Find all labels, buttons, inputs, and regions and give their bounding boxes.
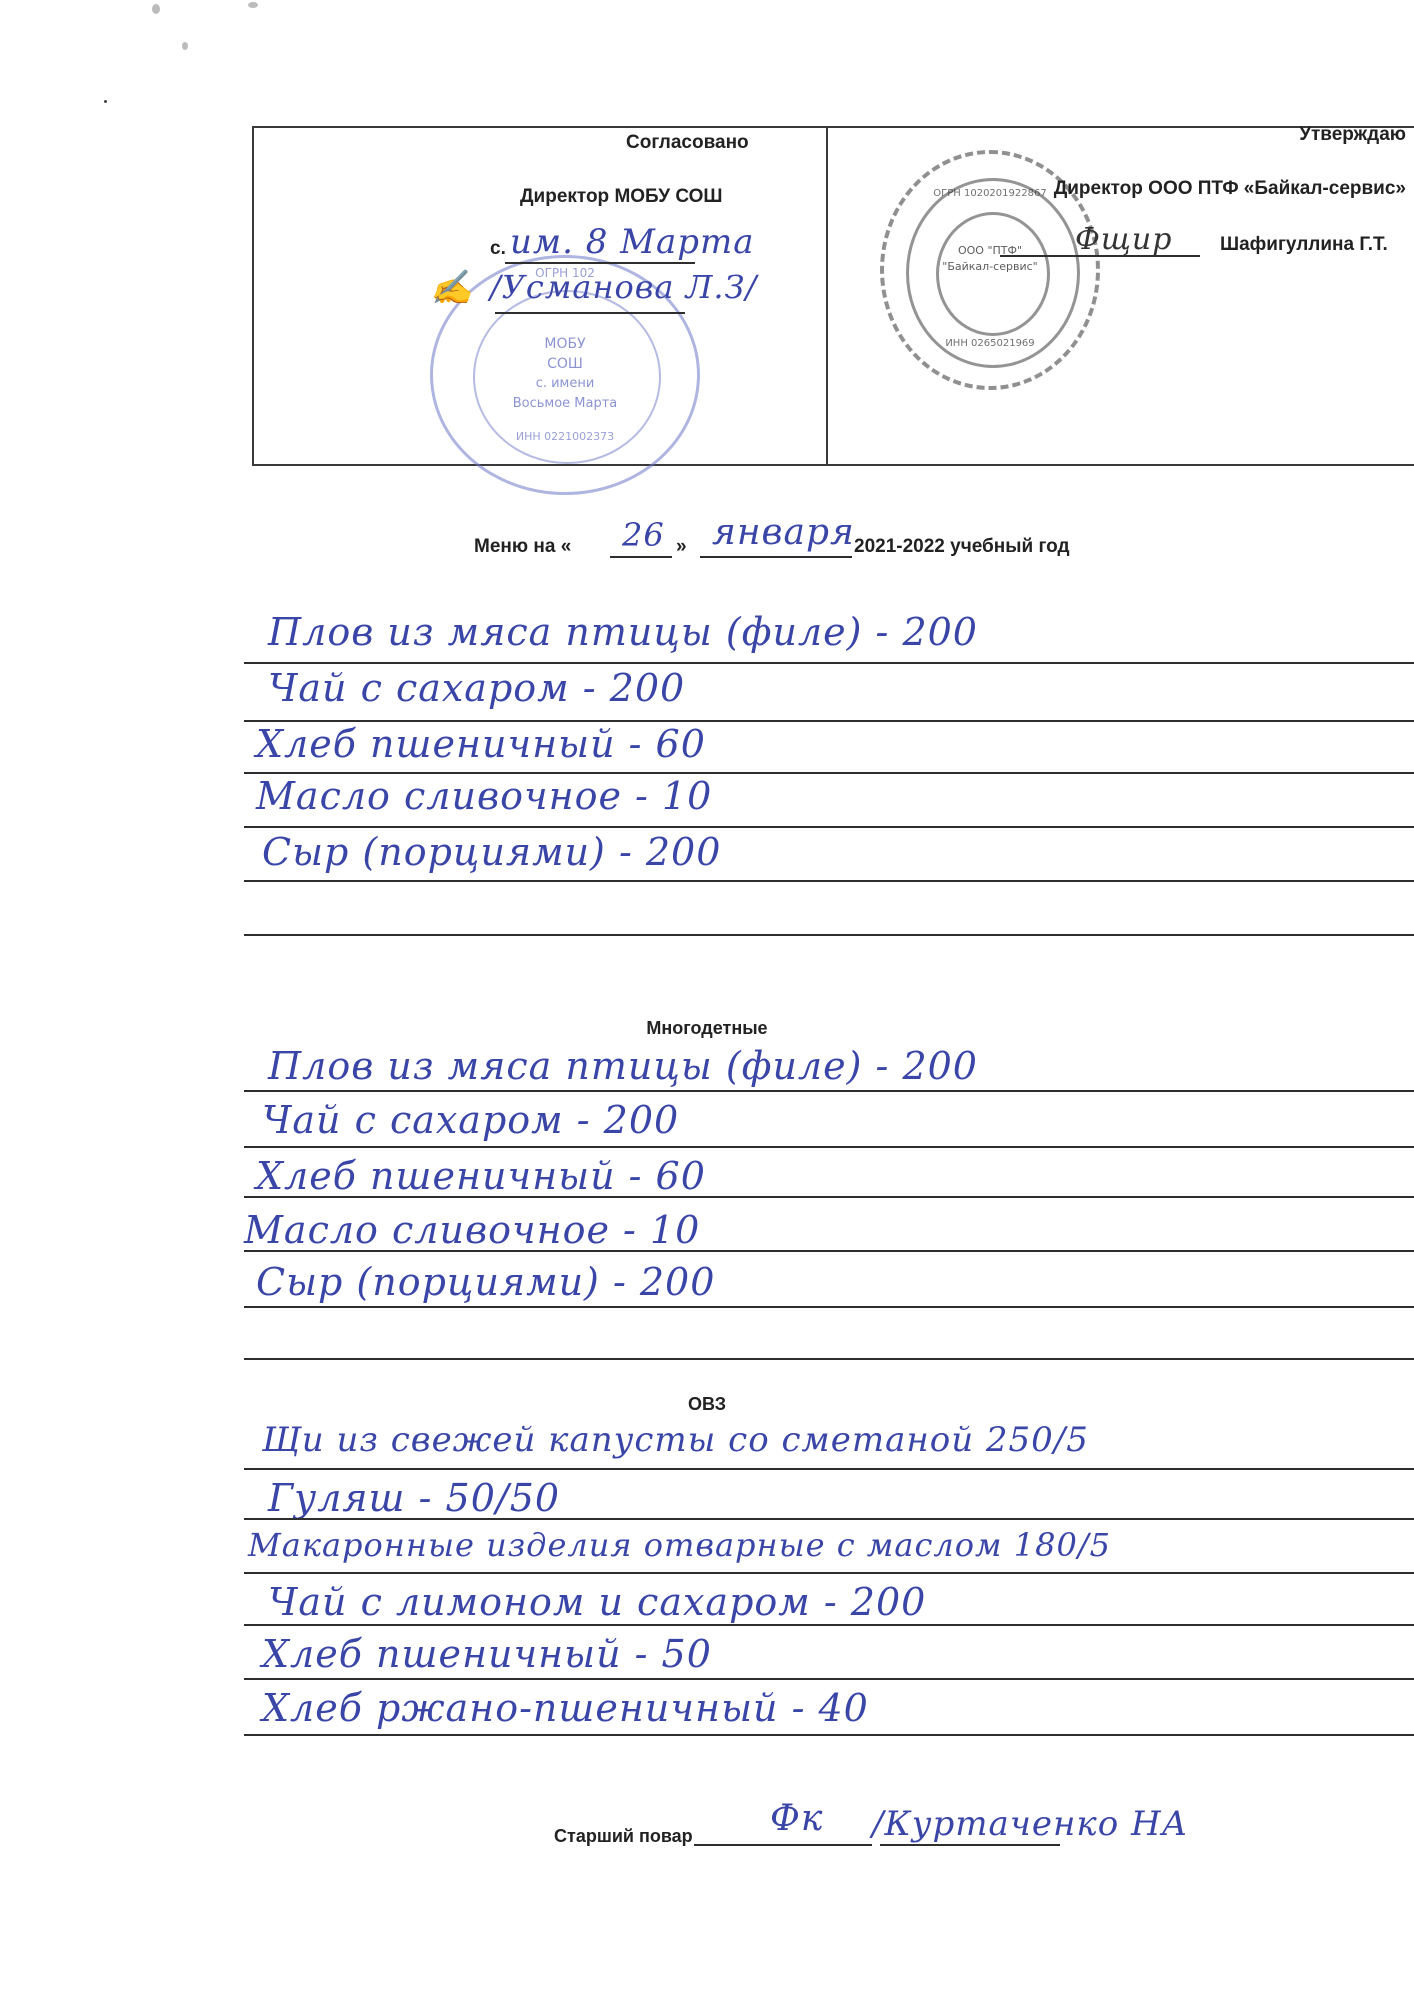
scan-speck <box>248 2 258 8</box>
ruled-line <box>244 826 1414 828</box>
ruled-line <box>244 934 1414 936</box>
list-item: Сыр (порциями) - 200 <box>256 1260 715 1304</box>
list-item: Чай с сахаром - 200 <box>268 666 685 710</box>
list-item: Щи из свежей капусты со сметаной 250/5 <box>262 1420 1089 1460</box>
menu-heading-prefix: Меню на « <box>474 536 571 558</box>
list-item: Плов из мяса птицы (филе) - 200 <box>268 610 978 654</box>
list-item: Хлеб ржано-пшеничный - 40 <box>262 1686 869 1730</box>
agreed-signature: ✍ <box>430 268 473 308</box>
approved-signature: Фщир <box>1075 222 1172 257</box>
ruled-line <box>244 1196 1414 1198</box>
scan-speck <box>152 4 160 14</box>
list-item: Плов из мяса птицы (филе) - 200 <box>268 1044 978 1088</box>
agreed-position: Директор МОБУ СОШ <box>520 186 722 208</box>
ruled-line <box>244 1358 1414 1360</box>
senior-cook-label: Старший повар <box>554 1826 693 1847</box>
ruled-line <box>244 880 1414 882</box>
ruled-line <box>244 1572 1414 1574</box>
agreed-title: Согласовано <box>626 132 749 154</box>
ruled-line <box>244 1090 1414 1092</box>
signature-underline <box>495 312 685 314</box>
list-item: Масло сливочное - 10 <box>256 774 712 818</box>
approval-table <box>252 126 1414 466</box>
menu-document: ОГРН 102 МОБУ СОШ с. имени Восьмое Марта… <box>0 0 1414 2000</box>
menu-heading-mid: » <box>676 536 687 558</box>
ruled-line <box>244 1518 1414 1520</box>
ruled-line <box>244 1146 1414 1148</box>
menu-heading-suffix: 2021-2022 учебный год <box>854 536 1070 558</box>
approval-table-divider <box>826 126 828 466</box>
list-item: Макаронные изделия отварные с маслом 180… <box>248 1526 1111 1564</box>
list-item: Чай с сахаром - 200 <box>262 1098 679 1142</box>
ruled-line <box>244 1678 1414 1680</box>
scan-speck <box>104 100 107 103</box>
list-item: Хлеб пшеничный - 60 <box>256 722 706 766</box>
approved-signature-line <box>1000 255 1200 257</box>
cook-signature: Фк <box>770 1798 823 1839</box>
approved-position: Директор ООО ПТФ «Байкал-сервис» <box>1054 178 1406 200</box>
list-item: Гуляш - 50/50 <box>268 1476 560 1520</box>
approved-signatory: Шафигуллина Г.Т. <box>1220 234 1388 256</box>
cook-name-line <box>880 1844 1060 1846</box>
cook-name-handwritten: /Куртаченко НА <box>872 1804 1188 1844</box>
cook-signature-line <box>694 1844 872 1846</box>
day-underline <box>610 556 672 558</box>
village-handwritten: им. 8 Марта <box>510 222 755 262</box>
ruled-line <box>244 1734 1414 1736</box>
ruled-line <box>244 1624 1414 1626</box>
ruled-line <box>244 1306 1414 1308</box>
ruled-line <box>244 1468 1414 1470</box>
approved-title: Утверждаю <box>1299 124 1406 146</box>
village-underline <box>505 262 695 264</box>
list-item: Хлеб пшеничный - 60 <box>256 1154 706 1198</box>
ruled-line <box>244 662 1414 664</box>
list-item: Чай с лимоном и сахаром - 200 <box>268 1580 926 1624</box>
month-underline <box>700 556 852 558</box>
section-title: ОВЗ <box>0 1394 1414 1415</box>
list-item: Масло сливочное - 10 <box>244 1208 700 1252</box>
scan-speck <box>182 42 188 50</box>
section-title: Многодетные <box>0 1018 1414 1039</box>
menu-month: января <box>712 512 855 553</box>
list-item: Сыр (порциями) - 200 <box>262 830 721 874</box>
agreed-signatory-handwritten: /Усманова Л.З/ <box>490 268 757 306</box>
ruled-line <box>244 1250 1414 1252</box>
list-item: Хлеб пшеничный - 50 <box>262 1632 712 1676</box>
village-prefix: с. <box>490 238 506 260</box>
menu-day: 26 <box>622 516 665 554</box>
